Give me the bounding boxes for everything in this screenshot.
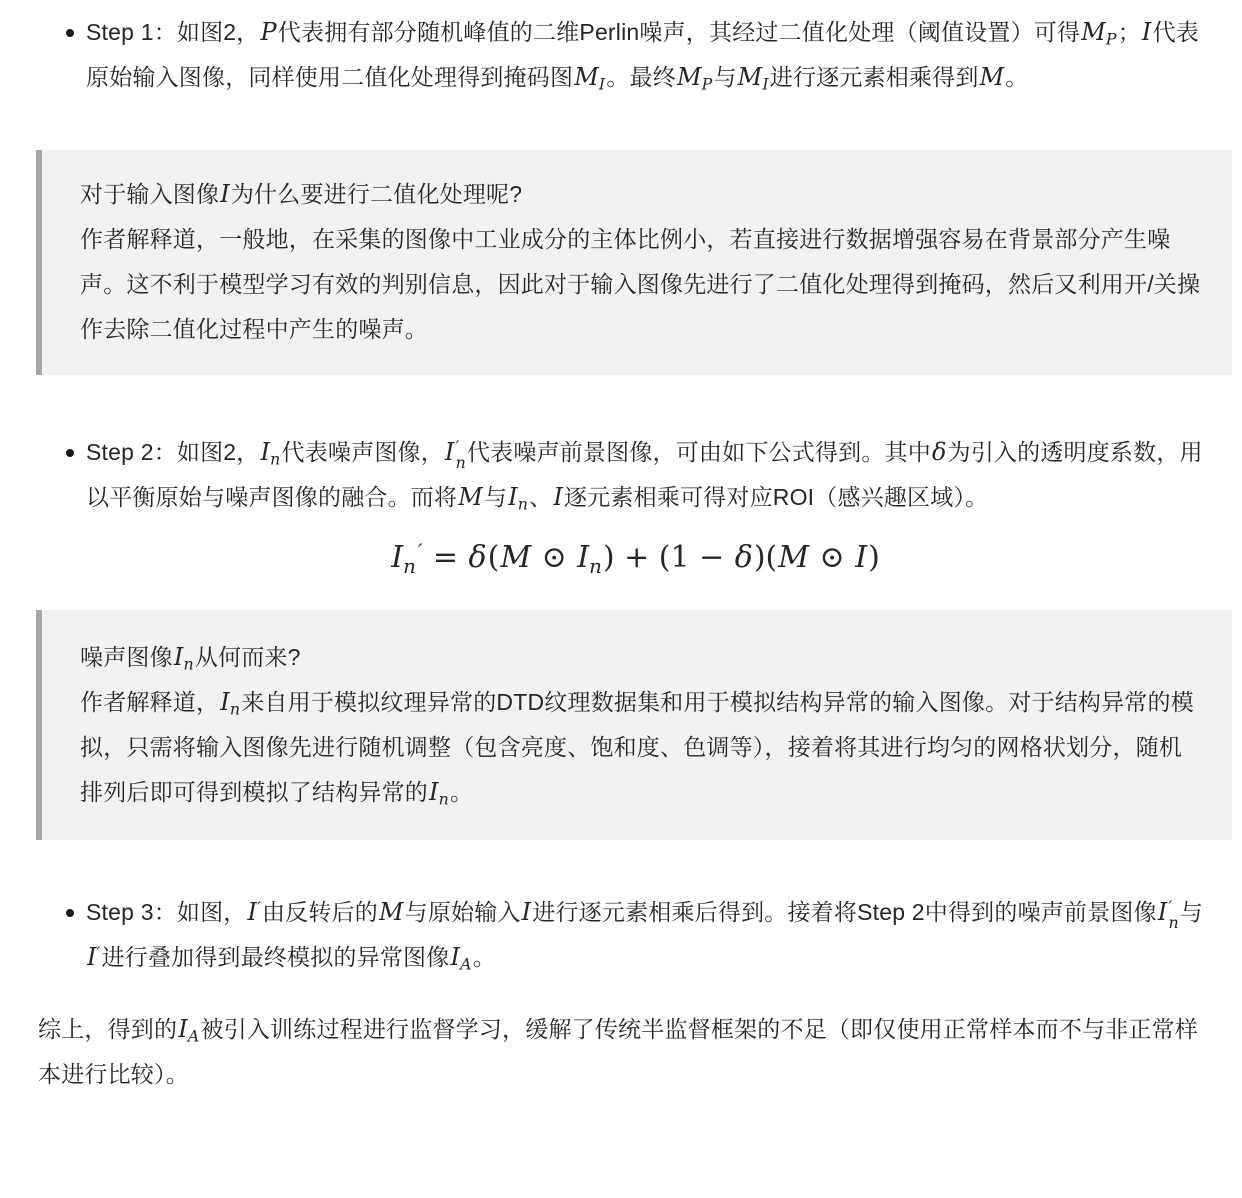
math-symbol: MP	[676, 63, 714, 91]
step-1-text: Step 1：如图2，P代表拥有部分随机峰值的二维Perlin噪声，其经过二值化…	[86, 19, 1199, 90]
math-symbol: I	[552, 483, 564, 511]
math-symbol: MI	[573, 63, 606, 91]
math-symbol: In	[428, 778, 450, 806]
math-symbol: In	[507, 483, 529, 511]
quote-question: 噪声图像In从何而来?	[80, 635, 1202, 680]
step-2-item: Step 2：如图2，In代表噪声图像，I′n代表噪声前景图像，可由如下公式得到…	[38, 430, 1210, 520]
step-list-3: Step 3：如图，I′由反转后的M与原始输入I进行逐元素相乘后得到。接着将St…	[38, 890, 1232, 980]
math-symbol: I	[219, 180, 231, 208]
math-symbol: M	[457, 483, 484, 511]
quote-answer: 作者解释道，一般地，在采集的图像中工业成分的主体比例小，若直接进行数据增强容易在…	[80, 217, 1202, 352]
quote-input-binarization: 对于输入图像I为什么要进行二值化处理呢? 作者解释道，一般地，在采集的图像中工业…	[36, 150, 1232, 375]
math-symbol: MI	[737, 63, 770, 91]
step-3-text: Step 3：如图，I′由反转后的M与原始输入I进行逐元素相乘后得到。接着将St…	[86, 899, 1203, 970]
math-symbol: In	[390, 540, 417, 575]
step-3-item: Step 3：如图，I′由反转后的M与原始输入I进行逐元素相乘后得到。接着将St…	[38, 890, 1210, 980]
math-symbol: I	[1141, 18, 1153, 46]
bullet-icon	[66, 449, 74, 457]
bullet-icon	[66, 909, 74, 917]
math-symbol: I′	[86, 943, 101, 971]
math-symbol: I′n	[444, 438, 467, 466]
step-list-2: Step 2：如图2，In代表噪声图像，I′n代表噪声前景图像，可由如下公式得到…	[38, 430, 1232, 520]
step-list-1: Step 1：如图2，P代表拥有部分随机峰值的二维Perlin噪声，其经过二值化…	[38, 10, 1232, 100]
math-symbol: δ	[931, 438, 948, 466]
quote-answer: 作者解释道，In来自用于模拟纹理异常的DTD纹理数据集和用于模拟结构异常的输入图…	[80, 680, 1202, 815]
step-1-item: Step 1：如图2，P代表拥有部分随机峰值的二维Perlin噪声，其经过二值化…	[38, 10, 1210, 100]
bullet-icon	[66, 29, 74, 37]
math-symbol: M	[499, 540, 532, 575]
math-symbol: M	[777, 540, 810, 575]
math-symbol: ′	[417, 540, 424, 575]
quote-noise-image-origin: 噪声图像In从何而来? 作者解释道，In来自用于模拟纹理异常的DTD纹理数据集和…	[36, 610, 1232, 840]
math-symbol: In	[219, 688, 241, 716]
math-symbol: I′	[247, 898, 262, 926]
article-content: Step 1：如图2，P代表拥有部分随机峰值的二维Perlin噪声，其经过二值化…	[0, 0, 1242, 1198]
math-symbol: δ	[468, 540, 488, 575]
math-symbol: IA	[449, 943, 472, 971]
quote-question: 对于输入图像I为什么要进行二值化处理呢?	[80, 172, 1202, 217]
math-symbol: δ	[734, 540, 754, 575]
math-symbol: In	[173, 643, 195, 671]
math-symbol: In	[260, 438, 282, 466]
math-symbol: In	[576, 540, 603, 575]
math-symbol: P	[260, 18, 278, 46]
math-symbol: I	[854, 540, 868, 575]
math-symbol: MP	[1080, 18, 1118, 46]
math-symbol: I′n	[1157, 898, 1180, 926]
math-symbol: M	[979, 63, 1006, 91]
formula-noise-foreground: In′ = δ(M ⊙ In) + (1 − δ)(M ⊙ I)	[38, 534, 1232, 582]
math-symbol: I	[521, 898, 533, 926]
math-symbol: IA	[177, 1015, 200, 1043]
math-symbol: M	[378, 898, 405, 926]
step-2-text: Step 2：如图2，In代表噪声图像，I′n代表噪声前景图像，可由如下公式得到…	[86, 439, 1203, 510]
conclusion-paragraph: 综上，得到的IA被引入训练过程进行监督学习，缓解了传统半监督框架的不足（即仅使用…	[38, 1007, 1210, 1097]
